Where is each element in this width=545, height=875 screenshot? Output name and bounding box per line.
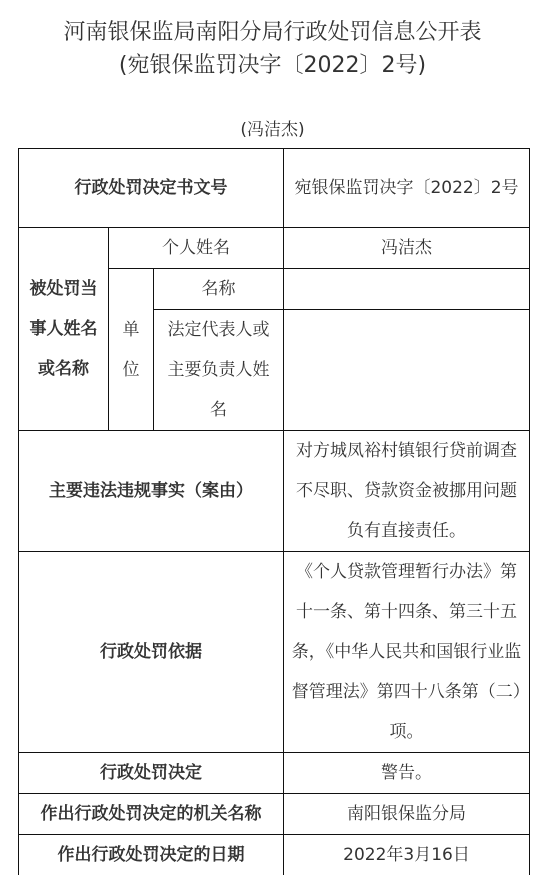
page-title: 河南银保监局南阳分局行政处罚信息公开表 bbox=[0, 15, 545, 46]
individual-name-value: 冯洁杰 bbox=[284, 228, 530, 269]
penalty-info-table: 行政处罚决定书文号 宛银保监罚决字〔2022〕2号 被处罚当事人姓名或名称 个人… bbox=[18, 148, 530, 875]
doc-number-value: 宛银保监罚决字〔2022〕2号 bbox=[284, 149, 530, 228]
table-row-authority: 作出行政处罚决定的机关名称 南阳银保监分局 bbox=[19, 794, 530, 835]
table-row-doc-number: 行政处罚决定书文号 宛银保监罚决字〔2022〕2号 bbox=[19, 149, 530, 228]
table-row-decision: 行政处罚决定 警告。 bbox=[19, 753, 530, 794]
legal-rep-value bbox=[284, 310, 530, 431]
page-title-doc-number: (宛银保监罚决字〔2022〕2号) bbox=[0, 48, 545, 79]
table-row-facts: 主要违法违规事实（案由） 对方城凤裕村镇银行贷前调查不尽职、贷款资金被挪用问题负… bbox=[19, 431, 530, 552]
date-value: 2022年3月16日 bbox=[284, 835, 530, 875]
basis-value: 《个人贷款管理暂行办法》第十一条、第十四条、第三十五条，《中华人民共和国银行业监… bbox=[284, 552, 530, 753]
unit-name-value bbox=[284, 269, 530, 310]
unit-name-label: 名称 bbox=[154, 269, 284, 310]
table-row-individual: 被处罚当事人姓名或名称 个人姓名 冯洁杰 bbox=[19, 228, 530, 269]
authority-label: 作出行政处罚决定的机关名称 bbox=[19, 794, 284, 835]
doc-number-label: 行政处罚决定书文号 bbox=[19, 149, 284, 228]
page-subtitle-person: (冯洁杰) bbox=[0, 115, 545, 140]
decision-value: 警告。 bbox=[284, 753, 530, 794]
legal-rep-label: 法定代表人或主要负责人姓名 bbox=[154, 310, 284, 431]
basis-label: 行政处罚依据 bbox=[19, 552, 284, 753]
table-row-basis: 行政处罚依据 《个人贷款管理暂行办法》第十一条、第十四条、第三十五条，《中华人民… bbox=[19, 552, 530, 753]
individual-name-label: 个人姓名 bbox=[109, 228, 284, 269]
unit-label: 单位 bbox=[109, 269, 154, 431]
facts-label: 主要违法违规事实（案由） bbox=[19, 431, 284, 552]
party-group-label: 被处罚当事人姓名或名称 bbox=[19, 228, 109, 431]
date-label: 作出行政处罚决定的日期 bbox=[19, 835, 284, 875]
table-row-date: 作出行政处罚决定的日期 2022年3月16日 bbox=[19, 835, 530, 875]
authority-value: 南阳银保监分局 bbox=[284, 794, 530, 835]
facts-value: 对方城凤裕村镇银行贷前调查不尽职、贷款资金被挪用问题负有直接责任。 bbox=[284, 431, 530, 552]
decision-label: 行政处罚决定 bbox=[19, 753, 284, 794]
